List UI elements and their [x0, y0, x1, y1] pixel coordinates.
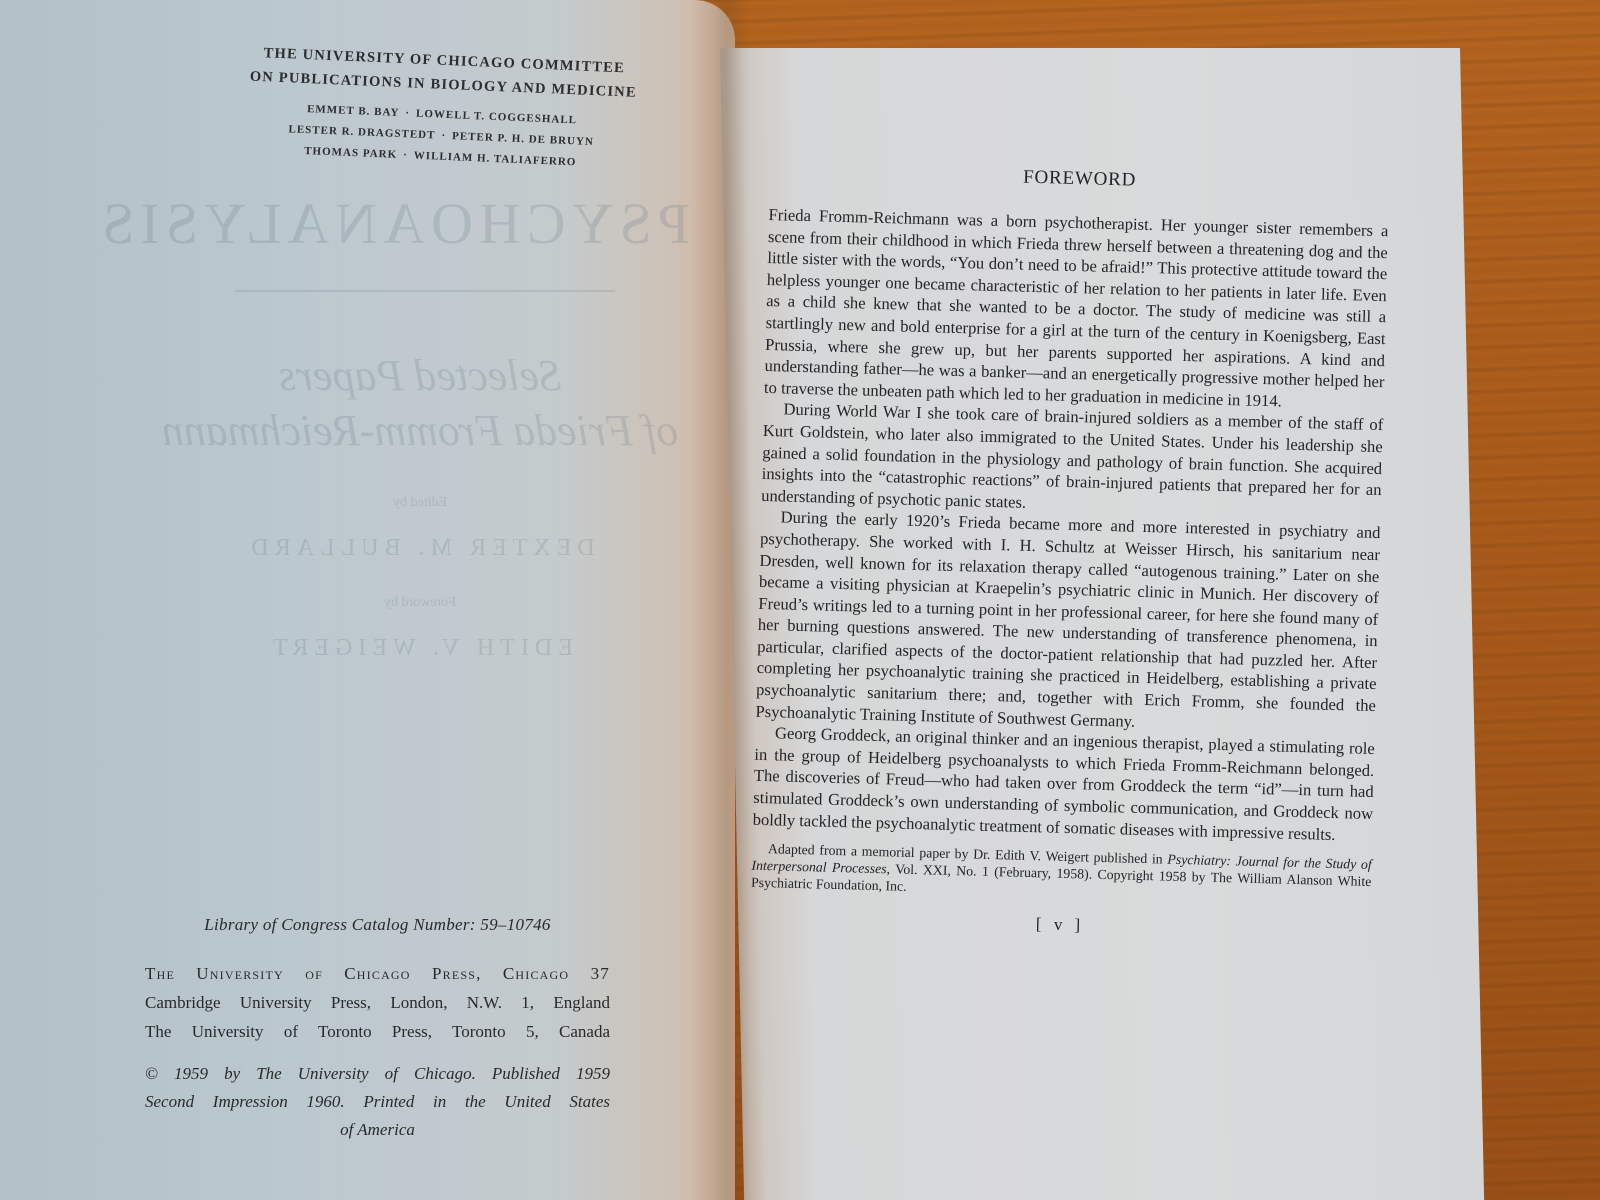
show-through-edited-by: Edited by — [150, 495, 690, 511]
show-through-foreword-by: Foreword by — [150, 595, 690, 611]
member-name: PETER P. H. DE BRUYN — [452, 130, 594, 148]
copyright-line: of America — [145, 1116, 610, 1144]
separator-dot: · — [441, 126, 447, 147]
foreword-paragraph: Georg Groddeck, an original thinker and … — [752, 722, 1375, 846]
show-through-title: PSYCHOANALYSIS — [150, 190, 690, 257]
source-footnote: Adapted from a memorial paper by Dr. Edi… — [751, 840, 1372, 907]
separator-dot: · — [405, 103, 411, 124]
foreword-section: FOREWORD Frieda Fromm-Reichmann was a bo… — [750, 160, 1390, 943]
foreword-paragraph: During World War I she took care of brai… — [761, 398, 1384, 522]
member-name: WILLIAM H. TALIAFERRO — [414, 150, 577, 169]
committee-header: THE UNIVERSITY OF CHICAGO COMMITTEE ON P… — [230, 40, 655, 176]
committee-members: EMMET B. BAY·LOWELL T. COGGESHALL LESTER… — [230, 96, 652, 177]
show-through-foreword-author: EDITH V. WEIGERT — [150, 635, 690, 662]
show-through-subtitle-1: Selected Papers — [150, 350, 690, 401]
separator-dot: · — [403, 145, 409, 166]
foreword-paragraph: Frieda Fromm-Reichmann was a born psycho… — [764, 204, 1389, 415]
member-name: EMMET B. BAY — [307, 103, 400, 119]
member-name: LOWELL T. COGGESHALL — [416, 108, 577, 127]
catalog-number: Library of Congress Catalog Number: 59–1… — [145, 915, 610, 935]
member-name: LESTER R. DRAGSTEDT — [288, 123, 435, 141]
imprint-block: Library of Congress Catalog Number: 59–1… — [145, 915, 610, 1144]
left-page: THE UNIVERSITY OF CHICAGO COMMITTEE ON P… — [0, 0, 735, 1200]
copyright-notice: © 1959 by The University of Chicago. Pub… — [145, 1060, 610, 1144]
show-through-rule — [235, 290, 615, 292]
publisher-line: The University of Toronto Press, Toronto… — [145, 1017, 610, 1046]
foreword-paragraph: During the early 1920’s Frieda became mo… — [755, 506, 1380, 738]
copyright-line: Second Impression 1960. Printed in the U… — [145, 1088, 610, 1116]
publisher-line: The University of Chicago Press, Chicago… — [145, 959, 610, 988]
publisher-line: Cambridge University Press, London, N.W.… — [145, 988, 610, 1017]
member-name: THOMAS PARK — [304, 145, 397, 161]
show-through-editor: DEXTER M. BULLARD — [150, 535, 690, 562]
show-through-subtitle-2: of Frieda Fromm-Reichmann — [150, 405, 690, 456]
copyright-line: © 1959 by The University of Chicago. Pub… — [145, 1060, 610, 1088]
